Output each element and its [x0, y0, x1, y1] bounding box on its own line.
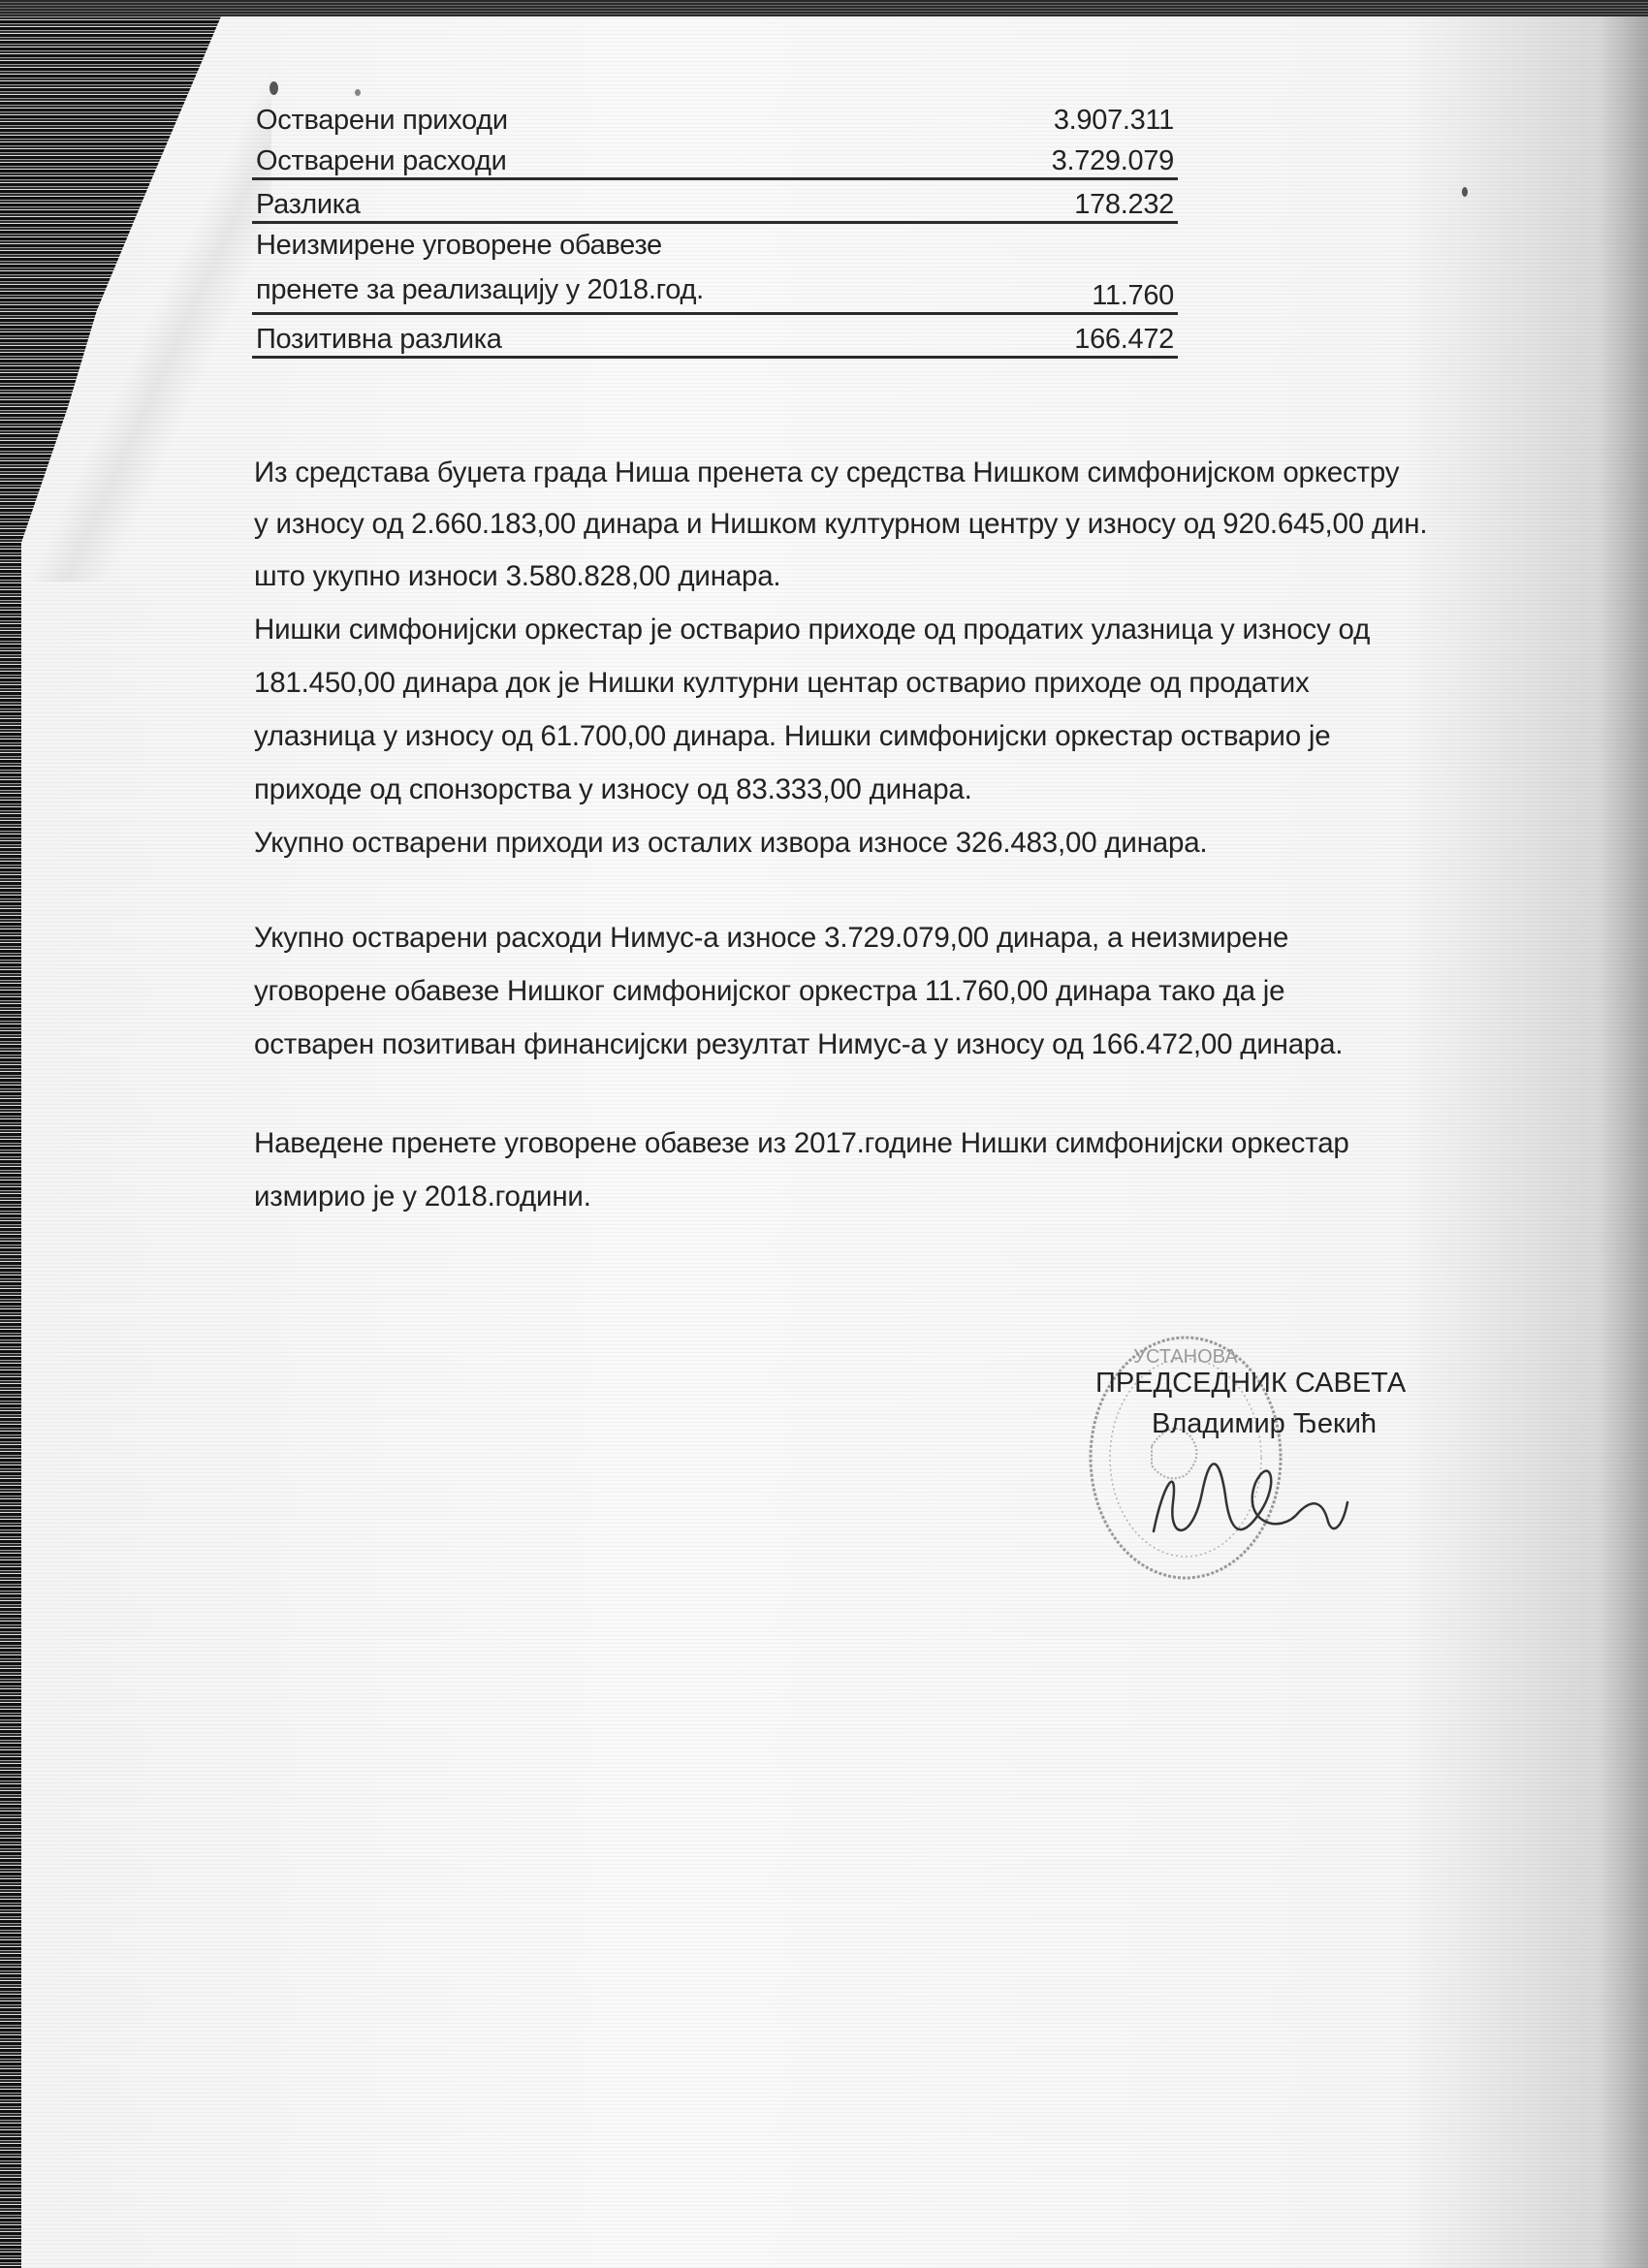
signature-block: ПРЕДСЕДНИК САВЕТА Владимир Ђекић	[1095, 1362, 1483, 1443]
row-value: 3.907.311	[1054, 105, 1174, 137]
text-line: остварен позитиван финансијски резултат …	[254, 1018, 1343, 1071]
row-label: Позитивна разлика	[256, 324, 502, 356]
signatory-title: ПРЕДСЕДНИК САВЕТА	[1095, 1362, 1483, 1404]
text-line: уговорене обавезе Нишког симфонијског ор…	[254, 964, 1343, 1018]
row-label: Остварени расходи	[256, 145, 507, 177]
text-line: 181.450,00 динара док је Нишки културни …	[254, 656, 1427, 709]
paragraph-funding: Из средстава буџета града Ниша пренета с…	[254, 446, 1427, 869]
row-label-line: Неизмирене уговорене обавезе	[256, 230, 662, 261]
row-value: 11.760	[1092, 280, 1174, 312]
handwritten-signature-icon	[1134, 1444, 1367, 1551]
summary-row-expenses: Остварени расходи 3.729.079	[252, 137, 1178, 180]
row-value: 166.472	[1074, 324, 1174, 356]
text-line: што укупно износи 3.580.828,00 динара.	[254, 550, 1427, 603]
row-value: 3.729.079	[1052, 145, 1174, 177]
row-label: Остварени приходи	[256, 105, 508, 137]
row-label: Разлика	[256, 189, 361, 221]
paragraph-expenses: Укупно остварени расходи Нимус-а износе …	[254, 911, 1343, 1071]
text-line: Укупно остварени расходи Нимус-а износе …	[254, 911, 1343, 964]
text-line: Наведене пренете уговорене обавезе из 20…	[254, 1117, 1349, 1170]
row-value: 178.232	[1074, 189, 1174, 221]
text-line: улазница у износу од 61.700,00 динара. Н…	[254, 709, 1427, 763]
row-label: Неизмирене уговорене обавезе пренете за …	[256, 223, 704, 312]
text-line: Нишки симфонијски оркестар је остварио п…	[254, 603, 1427, 656]
document-page: Остварени приходи 3.907.311 Остварени ра…	[0, 0, 1648, 2268]
summary-row-positive-difference: Позитивна разлика 166.472	[252, 315, 1178, 359]
text-line: измирио је у 2018.години.	[254, 1170, 1349, 1223]
summary-row-income: Остварени приходи 3.907.311	[252, 93, 1178, 137]
paragraph-obligations-settled: Наведене пренете уговорене обавезе из 20…	[254, 1117, 1349, 1223]
financial-summary-table: Остварени приходи 3.907.311 Остварени ра…	[252, 93, 1178, 359]
scan-speck	[1462, 187, 1468, 197]
summary-row-difference: Разлика 178.232	[252, 180, 1178, 224]
text-line: Из средстава буџета града Ниша пренета с…	[254, 446, 1427, 499]
row-label-line: пренете за реализацију у 2018.год.	[256, 274, 704, 305]
text-line: приходе од спонзорства у износу од 83.33…	[254, 763, 1427, 816]
text-line: у износу од 2.660.183,00 динара и Нишком…	[254, 499, 1427, 550]
signatory-name: Владимир Ђекић	[1095, 1404, 1483, 1443]
summary-row-unsettled-obligations: Неизмирене уговорене обавезе пренете за …	[252, 224, 1178, 315]
text-line: Укупно остварени приходи из осталих изво…	[254, 816, 1427, 869]
